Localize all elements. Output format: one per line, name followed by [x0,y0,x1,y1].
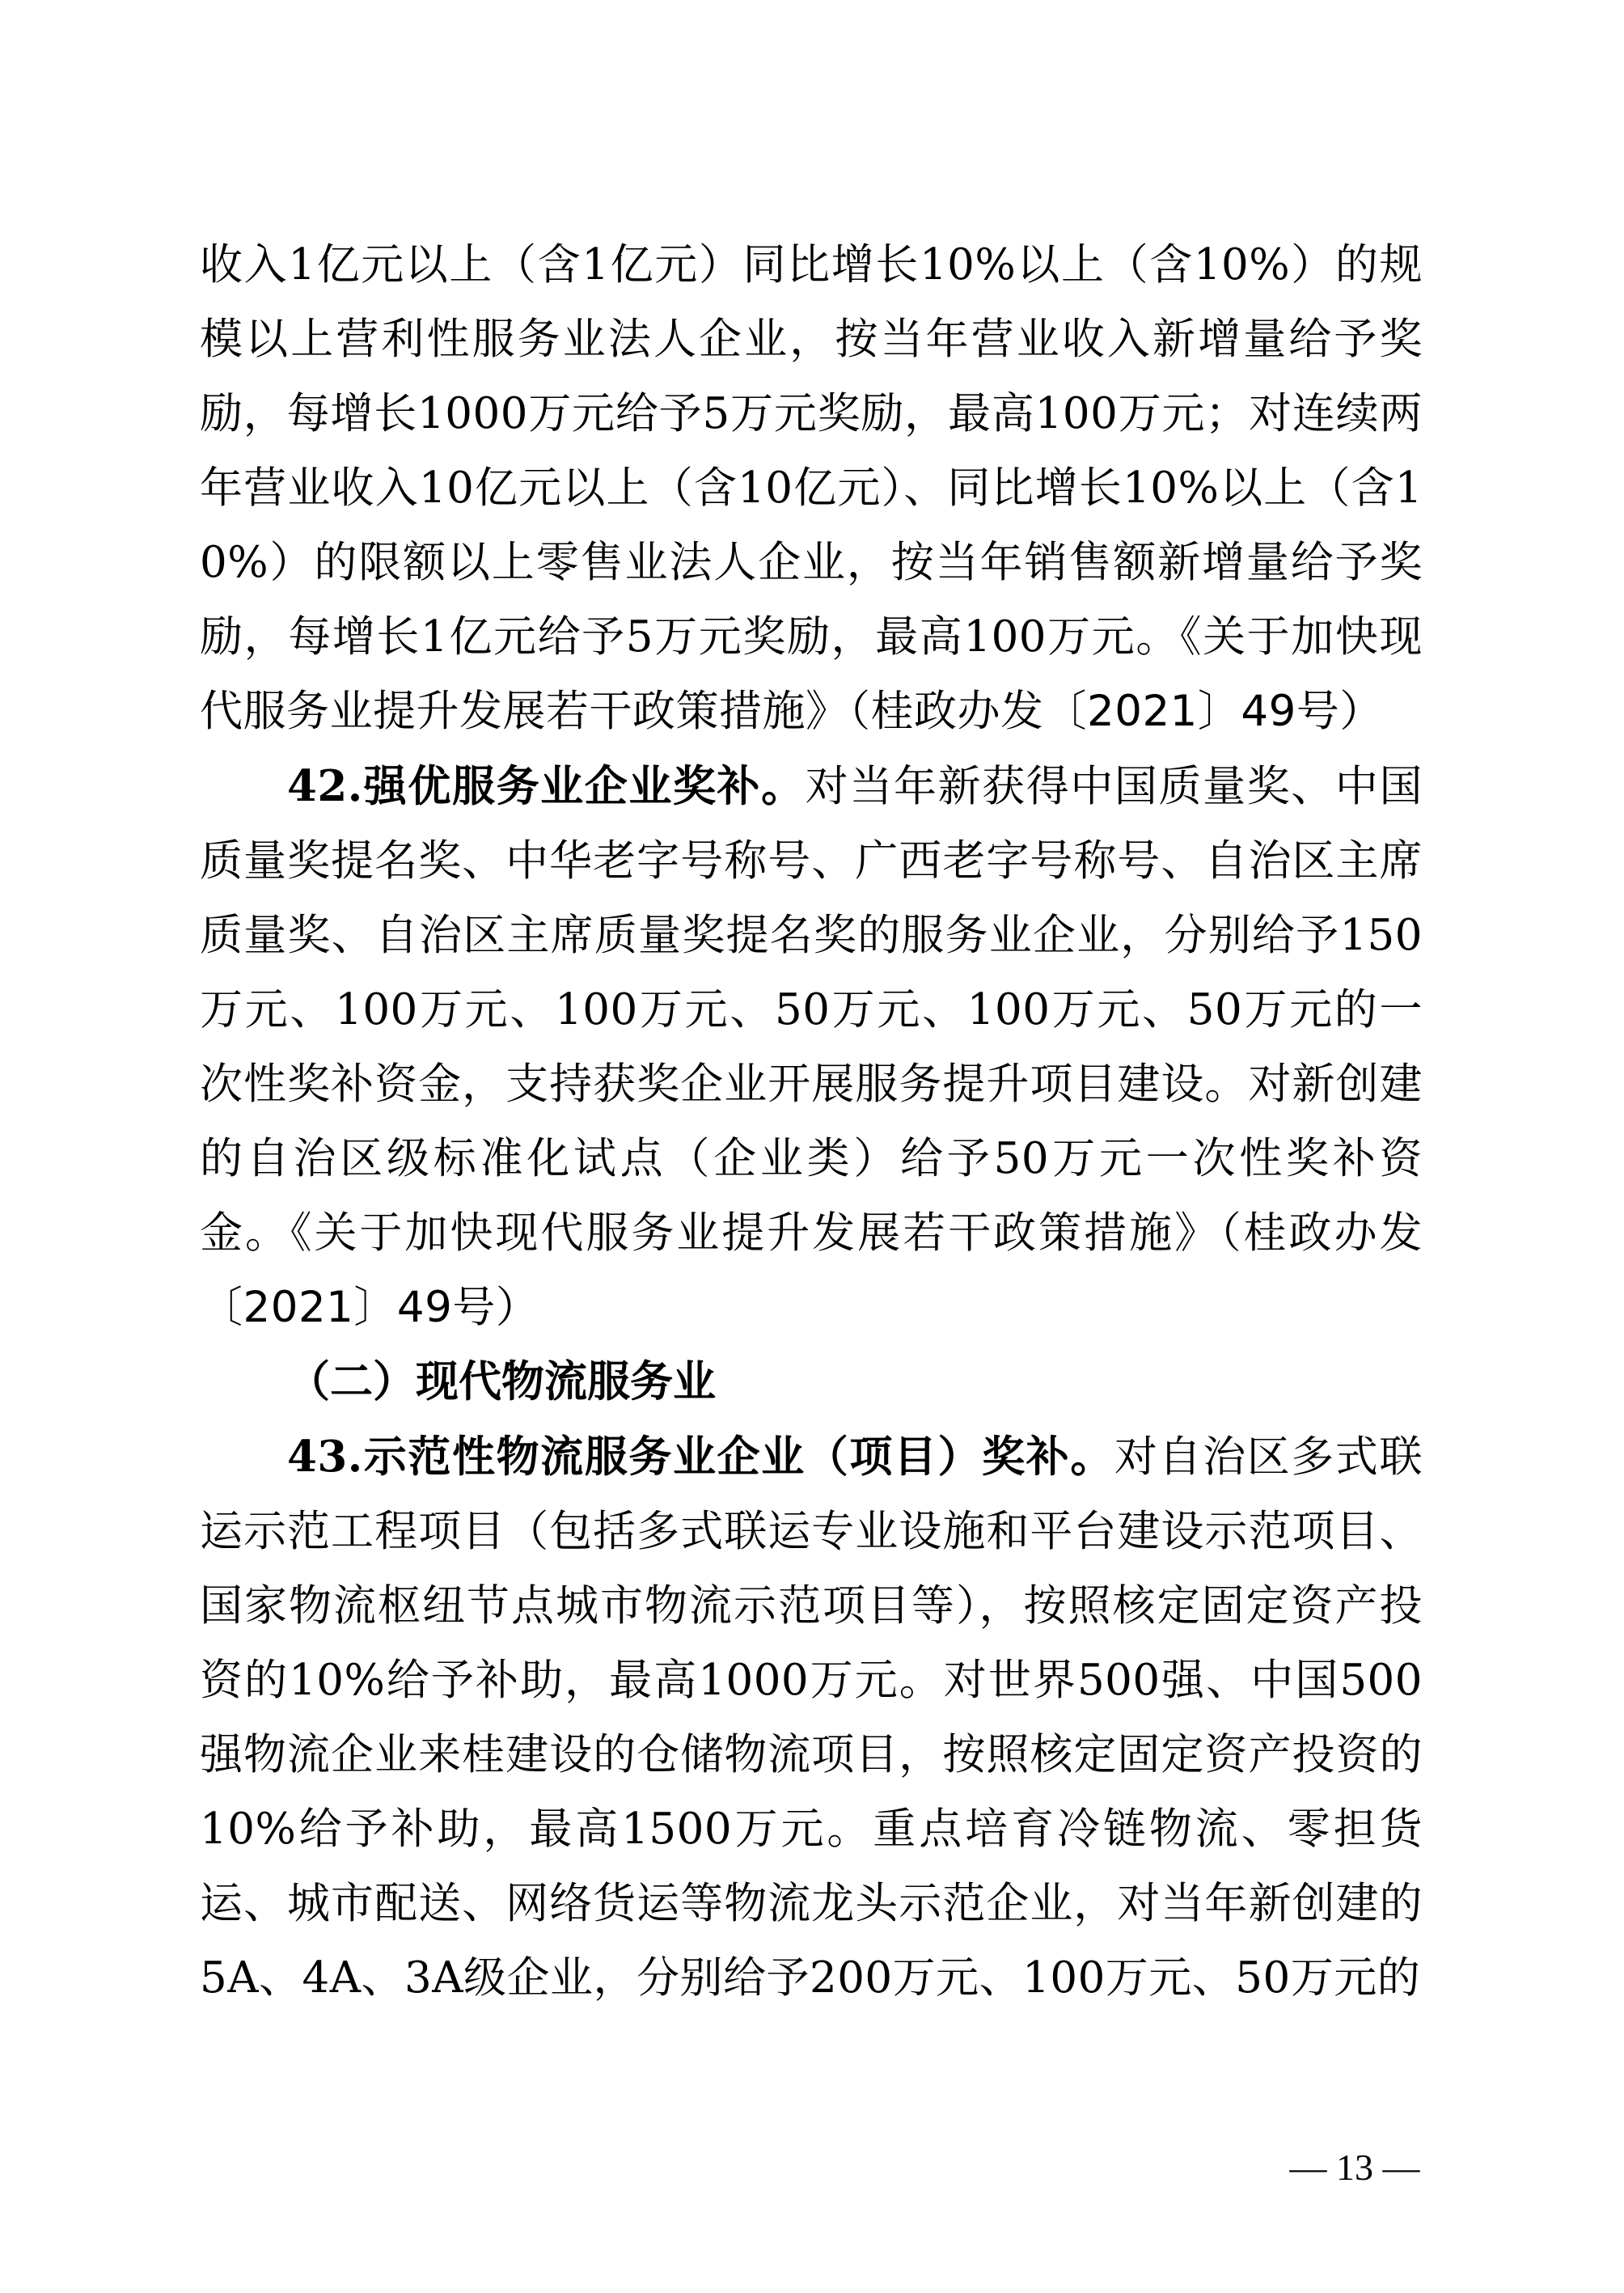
paragraph-42: 42.强优服务业企业奖补。对当年新获得中国质量奖、中国质量奖提名奖、中华老字号称… [200,749,1423,1345]
policy-citation: 《关于加快现代服务业提升发展若干政策措施》（桂政办发〔2021〕49号） [200,1208,1423,1332]
section-heading: （二）现代物流服务业 [200,1345,1423,1419]
paragraph-text: 收入1亿元以上（含1亿元）同比增长10%以上（含10%）的规模以上营利性服务业法… [200,240,1423,662]
item-title: 43.示范性物流服务业企业（项目）奖补。 [287,1432,1114,1482]
paragraph-41-continued: 收入1亿元以上（含1亿元）同比增长10%以上（含10%）的规模以上营利性服务业法… [200,228,1423,749]
paragraph-text: 对自治区多式联运示范工程项目（包括多式联运专业设施和平台建设示范项目、国家物流枢… [200,1432,1423,2003]
paragraph-text: 对当年新获得中国质量奖、中国质量奖提名奖、中华老字号称号、广西老字号称号、自治区… [200,762,1423,1258]
item-title: 42.强优服务业企业奖补。 [287,761,806,811]
paragraph-43: 43.示范性物流服务业企业（项目）奖补。对自治区多式联运示范工程项目（包括多式联… [200,1419,1423,2016]
page-number: — 13 — [1282,2145,1427,2190]
document-body: 收入1亿元以上（含1亿元）同比增长10%以上（含10%）的规模以上营利性服务业法… [200,228,1423,2016]
